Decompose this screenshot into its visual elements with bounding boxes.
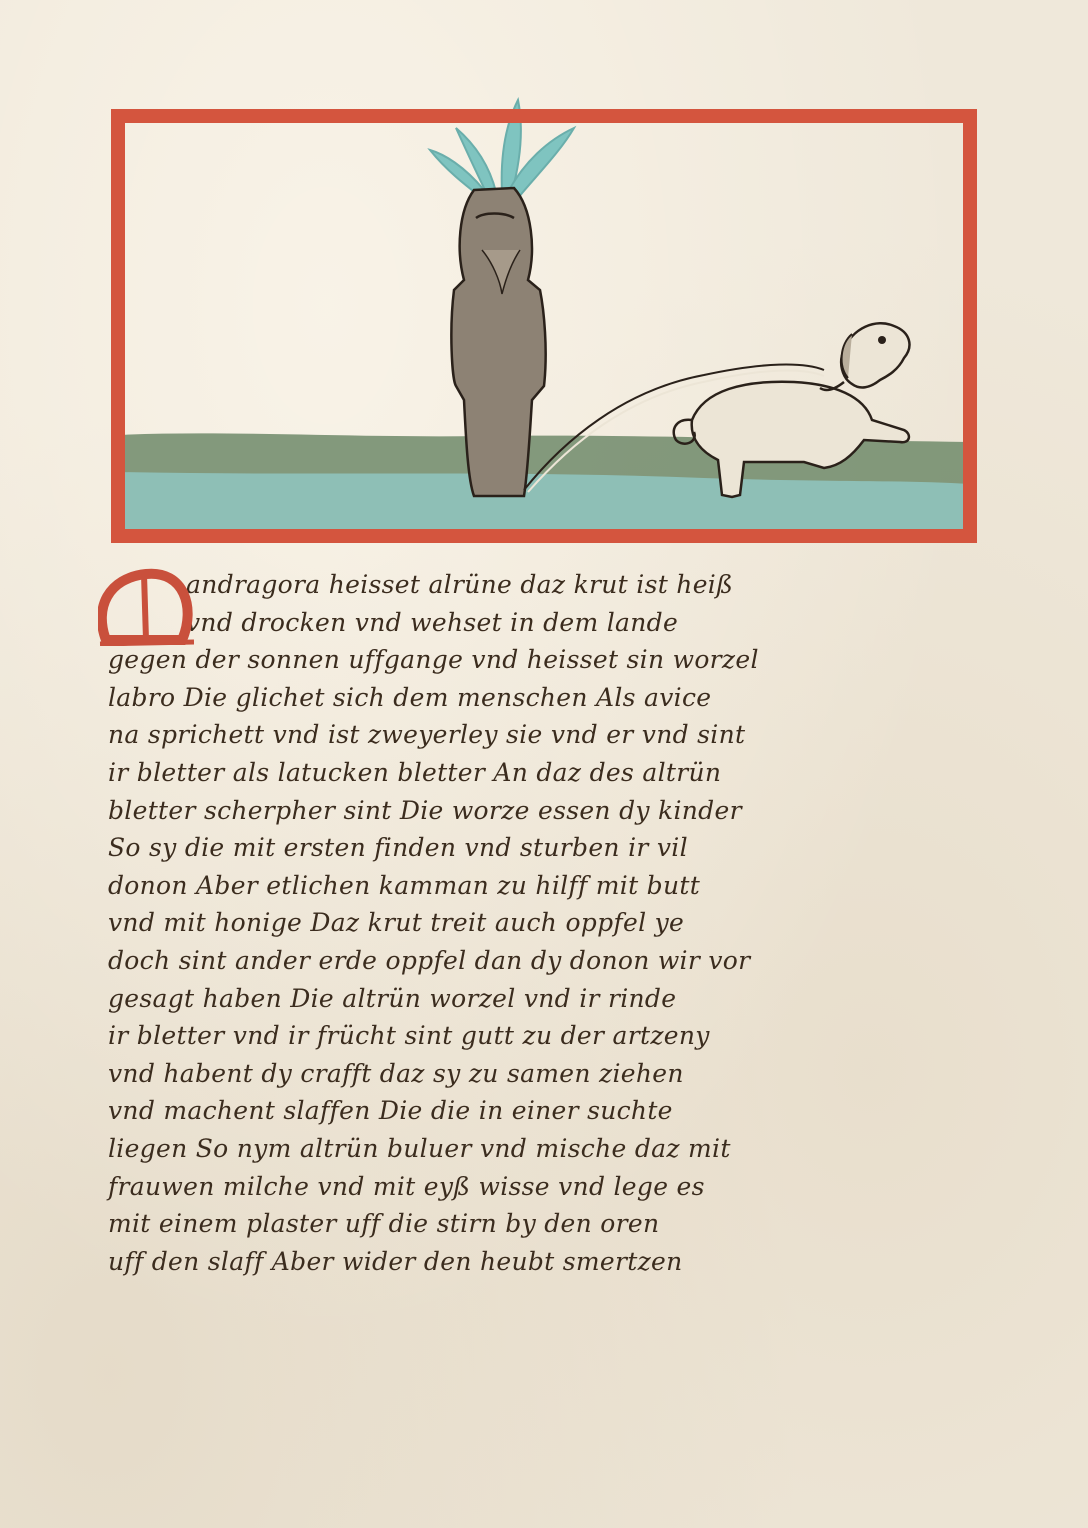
text-line-14: vnd habent dy crafft daz sy zu samen zie… bbox=[108, 1055, 998, 1093]
illustration-svg bbox=[104, 100, 982, 548]
text-line-18: mit einem plaster uff die stirn by den o… bbox=[108, 1205, 998, 1243]
text-line-5: na sprichett vnd ist zweyerley sie vnd e… bbox=[108, 716, 998, 754]
mandrake-illustration bbox=[104, 100, 982, 548]
text-line-8: So sy die mit ersten finden vnd sturben … bbox=[108, 829, 998, 867]
text-line-7: bletter scherpher sint Die worze essen d… bbox=[108, 792, 998, 830]
text-line-19: uff den slaff Aber wider den heubt smert… bbox=[108, 1243, 998, 1281]
initial-m bbox=[98, 568, 194, 646]
manuscript-text: andragora heisset alrüne daz krut ist he… bbox=[108, 566, 998, 1280]
text-line-15: vnd machent slaffen Die die in einer suc… bbox=[108, 1092, 998, 1130]
text-line-10: vnd mit honige Daz krut treit auch oppfe… bbox=[108, 904, 998, 942]
text-line-13: ir bletter vnd ir frücht sint gutt zu de… bbox=[108, 1017, 998, 1055]
text-line-16: liegen So nym altrün buluer vnd mische d… bbox=[108, 1130, 998, 1168]
text-line-2: vnd drocken vnd wehset in dem lande bbox=[108, 604, 998, 642]
text-line-4: labro Die glichet sich dem menschen Als … bbox=[108, 679, 998, 717]
text-line-9: donon Aber etlichen kamman zu hilff mit … bbox=[108, 867, 998, 905]
text-line-1: andragora heisset alrüne daz krut ist he… bbox=[108, 566, 998, 604]
text-line-12: gesagt haben Die altrün worzel vnd ir ri… bbox=[108, 980, 998, 1018]
text-line-11: doch sint ander erde oppfel dan dy donon… bbox=[108, 942, 998, 980]
text-line-6: ir bletter als latucken bletter An daz d… bbox=[108, 754, 998, 792]
text-line-17: frauwen milche vnd mit eyß wisse vnd leg… bbox=[108, 1168, 998, 1206]
text-line-3: gegen der sonnen uffgange vnd heisset si… bbox=[108, 641, 998, 679]
manuscript-page: andragora heisset alrüne daz krut ist he… bbox=[0, 0, 1088, 1528]
